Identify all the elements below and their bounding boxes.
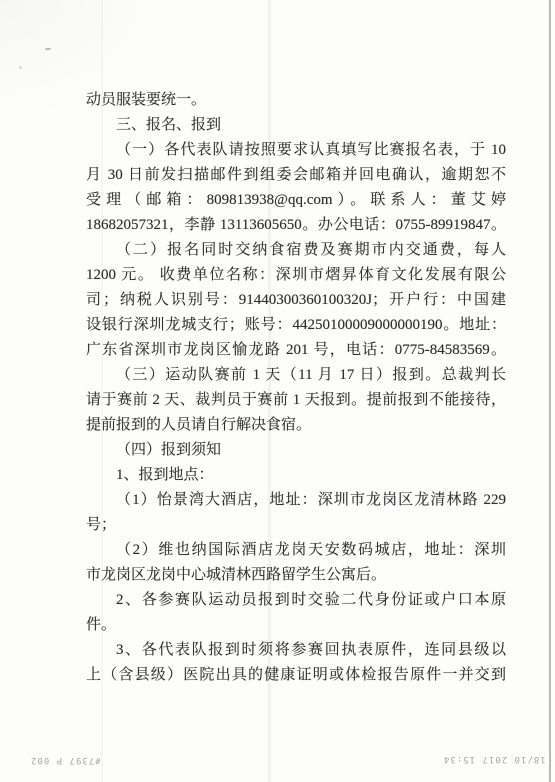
text-line-hotel-1: （1）怡景湾大酒店，地址：深圳市龙岗区龙清林路 229 xyxy=(86,488,506,513)
text-line-address-phone: 广东省深圳市龙岗区愉龙路 201 号，电话：0775-84583569。 xyxy=(86,338,506,363)
text-line-email-contact: 受理（邮箱：809813938@qq.com）。联系人：董艾婷 xyxy=(86,188,506,213)
page-edge-shadow xyxy=(549,0,551,782)
scan-speckle xyxy=(45,48,51,51)
fax-timestamp-stamp: 18/10 2017 15:34 xyxy=(443,754,546,764)
text-line: 2、各参赛队运动员报到时交验二代身份证或户口本原 xyxy=(86,588,506,613)
text-line-section-heading: 三、报名、报到 xyxy=(86,113,506,138)
text-line-phone-numbers: 18682057321，李静 13113605650。办公电话：0755-899… xyxy=(86,213,506,238)
text-line: 动员服装要统一。 xyxy=(86,88,506,113)
text-line: 3、各代表队报到时须将参赛回执表原件，连同县级以 xyxy=(86,638,506,663)
text-line: 请于赛前 2 天、裁判员于赛前 1 天报到。提前报到不能接待， xyxy=(86,388,506,413)
text-line: 号； xyxy=(86,513,506,538)
document-body: 动员服装要统一。 三、报名、报到 （一）各代表队请按照要求认真填写比赛报名表，于… xyxy=(86,88,506,688)
scan-speckle xyxy=(19,66,22,69)
text-line-bank-account: 设银行深圳龙城支行；账号：44250100009000000190。地址： xyxy=(86,313,506,338)
text-line-company-name: 1200 元。 收费单位名称：深圳市熠昇体育文化发展有限公 xyxy=(86,263,506,288)
text-line: （三）运动队赛前 1 天（11 月 17 日）报到。总裁判长 xyxy=(86,363,506,388)
text-line: 件。 xyxy=(86,613,506,638)
text-line-subsection-heading: （四）报到须知 xyxy=(86,438,506,463)
text-line-hotel-2: （2）维也纳国际酒店龙岗天安数码城店，地址：深圳 xyxy=(86,538,506,563)
text-line: （一）各代表队请按照要求认真填写比赛报名表，于 10 xyxy=(86,138,506,163)
text-line: 月 30 日前发扫描邮件到组委会邮箱并回电确认，逾期恕不 xyxy=(86,163,506,188)
text-line: （二）报名同时交纳食宿费及赛期市内交通费，每人 xyxy=(86,238,506,263)
text-line: 上（含县级）医院出具的健康证明或体检报告原件一并交到 xyxy=(86,663,506,688)
text-line-tax-id: 司；纳税人识别号：91440300360100320J；开户行：中国建 xyxy=(86,288,506,313)
text-line: 市龙岗区龙岗中心城清林西路留学生公寓后。 xyxy=(86,563,506,588)
scanned-fax-page: 动员服装要统一。 三、报名、报到 （一）各代表队请按照要求认真填写比赛报名表，于… xyxy=(0,0,555,782)
text-line: 提前报到的人员请自行解决食宿。 xyxy=(86,413,506,438)
text-line: 1、报到地点： xyxy=(86,463,506,488)
fax-page-number-stamp: #7397 P 002 xyxy=(30,755,101,765)
